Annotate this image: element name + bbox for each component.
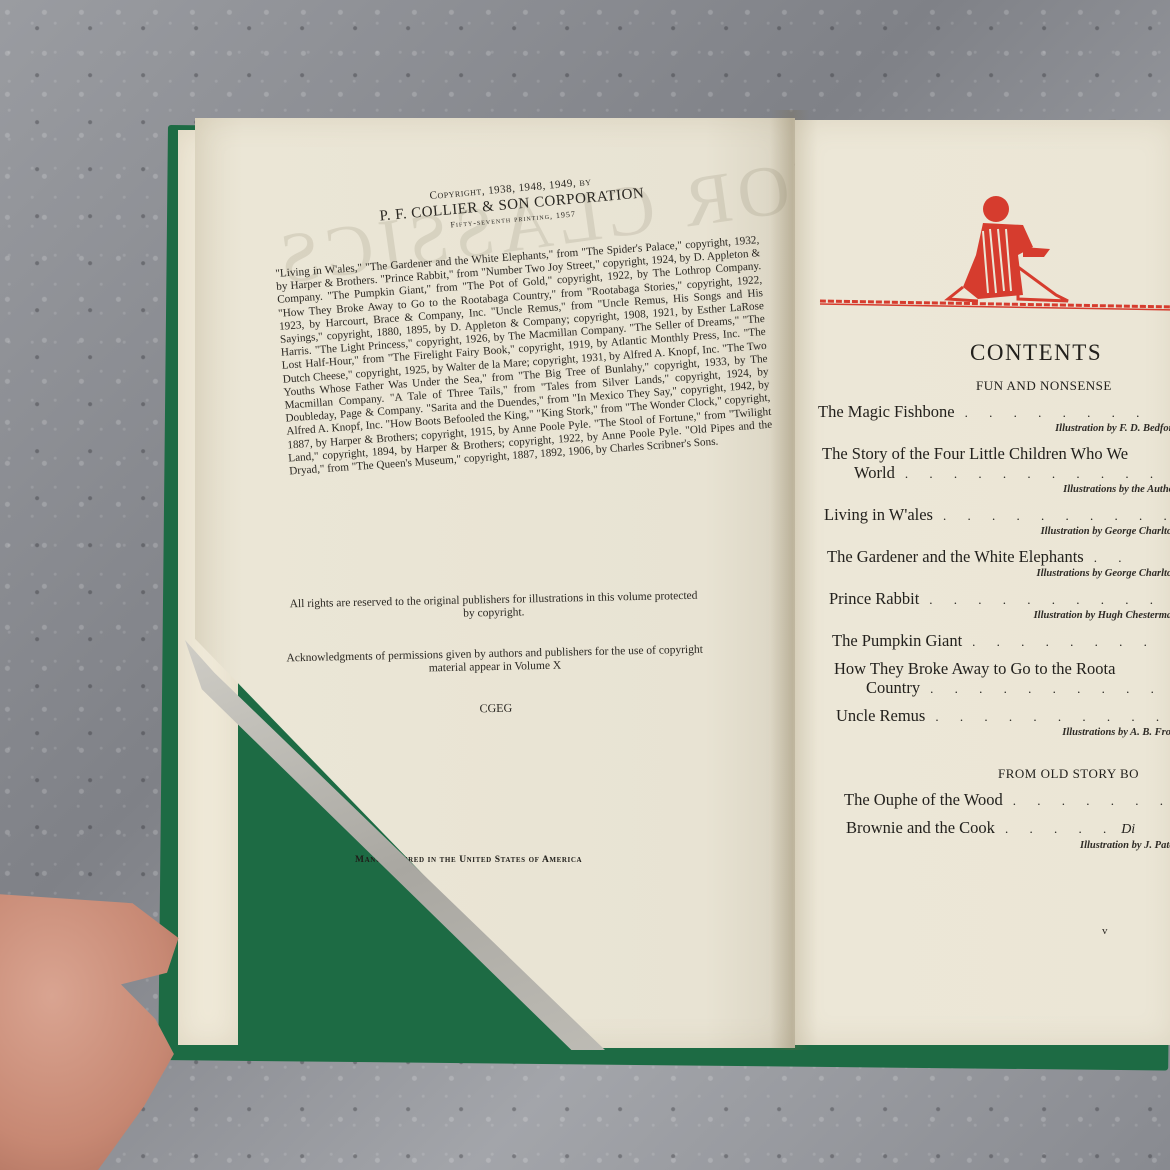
toc-entry-title: The Magic Fishbone [818, 402, 955, 421]
contents-heading: CONTENTS [970, 340, 1170, 366]
dot-leader: . . . . . . . . . . . [943, 508, 1170, 523]
printer-code: CGEG [286, 698, 706, 720]
dot-leader: . . . . . . . . . . [935, 709, 1168, 724]
section-heading-from-old-story-books: FROM OLD STORY BO [998, 766, 1170, 782]
dot-leader: . . [1094, 550, 1131, 565]
toc-entry-title: The Pumpkin Giant [832, 631, 962, 650]
toc-entry-credit: Illustrations by the Author [822, 483, 1170, 497]
toc-entry-title: Living in W'ales [824, 505, 933, 524]
dot-leader: . . . . . . . . . . . . . [905, 466, 1170, 481]
toc-entry[interactable]: Brownie and the Cook. . . . .Di Illustra… [846, 818, 1170, 853]
toc-entry-credit: Illustrations by A. B. Frost [836, 726, 1170, 740]
toc-entry-title: The Ouphe of the Wood [844, 790, 1003, 809]
toc-entry[interactable]: How They Broke Away to Go to the Roota C… [834, 659, 1170, 698]
toc-entry[interactable]: The Gardener and the White Elephants. . … [827, 547, 1170, 581]
toc-entry-author: Di [1121, 822, 1135, 837]
toc-entry-title: Brownie and the Cook [846, 818, 995, 837]
section-heading-fun-and-nonsense: FUN AND NONSENSE [976, 378, 1170, 394]
toc-entry-title: Uncle Remus [836, 706, 925, 725]
dot-leader: . . . . . . . [1013, 793, 1170, 808]
dot-leader: . . . . . . . . [972, 634, 1156, 649]
toc-entry-credit: Illustration by George Charlton [824, 525, 1170, 539]
toc-entry-credit: Illustration by Hugh Chesterman [829, 609, 1170, 623]
toc-entry-title: The Gardener and the White Elephants [827, 547, 1084, 566]
toc-entry-credit: Illustration by F. D. Bedford [818, 422, 1170, 436]
copyright-credits: "Living in W'ales," "The Gardener and th… [275, 234, 774, 479]
toc-entry-credit: Illustration by J. Pater [846, 839, 1170, 853]
toc-entry[interactable]: The Story of the Four Little Children Wh… [822, 444, 1170, 497]
red-woodcut-figure-icon [818, 195, 1170, 325]
page-number: v [1102, 925, 1108, 937]
toc-entry-title-continued: Country [866, 678, 920, 697]
dot-leader: . . . . . . . . . . . . [929, 592, 1170, 607]
dot-leader: . . . . . [1005, 821, 1115, 836]
toc-entry-credit: Illustrations by George Charlton [827, 567, 1170, 581]
toc-entry[interactable]: The Magic Fishbone. . . . . . . . Illust… [818, 402, 1170, 436]
toc-entry[interactable]: Living in W'ales. . . . . . . . . . . Il… [824, 505, 1170, 539]
dot-leader: . . . . . . . . [965, 405, 1149, 420]
acknowledgments-note: Acknowledgments of permissions given by … [285, 644, 705, 679]
toc-entry-title: How They Broke Away to Go to the Roota [834, 659, 1115, 678]
rights-notes: All rights are reserved to the original … [283, 590, 706, 748]
toc-entry[interactable]: The Pumpkin Giant. . . . . . . . [832, 631, 1170, 651]
toc-entry-title-continued: World [854, 463, 895, 482]
toc-entry[interactable]: Prince Rabbit. . . . . . . . . . . . Ill… [829, 589, 1170, 623]
toc-entry[interactable]: Uncle Remus. . . . . . . . . . Illustrat… [836, 706, 1170, 740]
table-of-contents: CONTENTS FUN AND NONSENSE The Magic Fish… [818, 330, 1170, 853]
dot-leader: . . . . . . . . . . . [930, 681, 1170, 696]
toc-entry-title: The Story of the Four Little Children Wh… [822, 444, 1128, 463]
toc-entry-title: Prince Rabbit [829, 589, 919, 608]
toc-entry[interactable]: The Ouphe of the Wood. . . . . . . [844, 790, 1170, 810]
